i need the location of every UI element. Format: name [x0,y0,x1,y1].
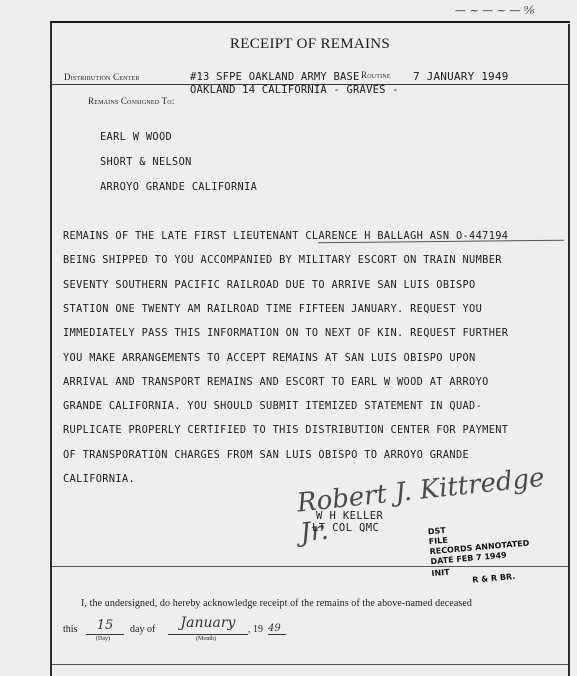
day-of-label: day of [130,624,155,635]
consignee-name: EARL W WOOD [100,131,172,143]
message-line: CALIFORNIA. [63,473,135,485]
routine-label: Routine [361,70,391,80]
records-stamp: DST FILE RECORDS ANNOTATED DATE FEB 7 19… [428,517,553,589]
acknowledgement-statement: I, the undersigned, do hereby acknowledg… [81,598,472,609]
month-field[interactable]: January [168,612,248,635]
distribution-center-address: OAKLAND 14 CALIFORNIA - GRAVES - [190,84,399,96]
message-line: RUPLICATE PROPERLY CERTIFIED TO THIS DIS… [63,424,508,436]
day-field[interactable]: 15 [86,614,124,635]
consignee-firm: SHORT & NELSON [100,156,192,168]
message-line: SEVENTY SOUTHERN PACIFIC RAILROAD DUE TO… [63,279,476,291]
top-rule [50,21,570,23]
this-label: this [63,624,77,635]
message-line: YOU MAKE ARRANGEMENTS TO ACCEPT REMAINS … [63,352,476,364]
message-line: IMMEDIATELY PASS THIS INFORMATION ON TO … [63,327,508,339]
year-field[interactable]: 49 [268,616,286,635]
month-caption: (Month) [196,636,216,642]
signer-rank: LT COL QMC [312,522,379,534]
year-value: 49 [268,623,281,634]
bottom-divider [52,664,568,665]
handwritten-note: — ~ — ~ — ⁹⁄₆ [455,4,535,17]
consignee-location: ARROYO GRANDE CALIFORNIA [100,181,257,193]
frame-left-border [50,22,52,676]
message-line: OF TRANSPORATION CHARGES FROM SAN LUIS O… [63,449,469,461]
message-line: ARRIVAL AND TRANSPORT REMAINS AND ESCORT… [63,376,489,388]
page-title: RECEIPT OF REMAINS [52,36,568,53]
distribution-center-value: #13 SFPE OAKLAND ARMY BASE [190,71,360,83]
section-divider [52,566,568,567]
signer-name: W H KELLER [316,510,383,522]
document-date: 7 JANUARY 1949 [413,70,509,83]
message-line: GRANDE CALIFORNIA. YOU SHOULD SUBMIT ITE… [63,400,482,412]
year-prefix: , 19 [248,624,263,635]
distribution-center-label: Distribution Center [64,72,140,82]
message-line: BEING SHIPPED TO YOU ACCOMPANIED BY MILI… [63,254,502,266]
day-value: 15 [97,618,114,633]
consigned-to-label: Remains Consigned To: [88,96,175,106]
frame-right-border [568,24,570,676]
day-caption: (Day) [96,636,110,642]
month-value: January [181,615,236,631]
message-line: STATION ONE TWENTY AM RAILROAD TIME FIFT… [63,303,482,315]
